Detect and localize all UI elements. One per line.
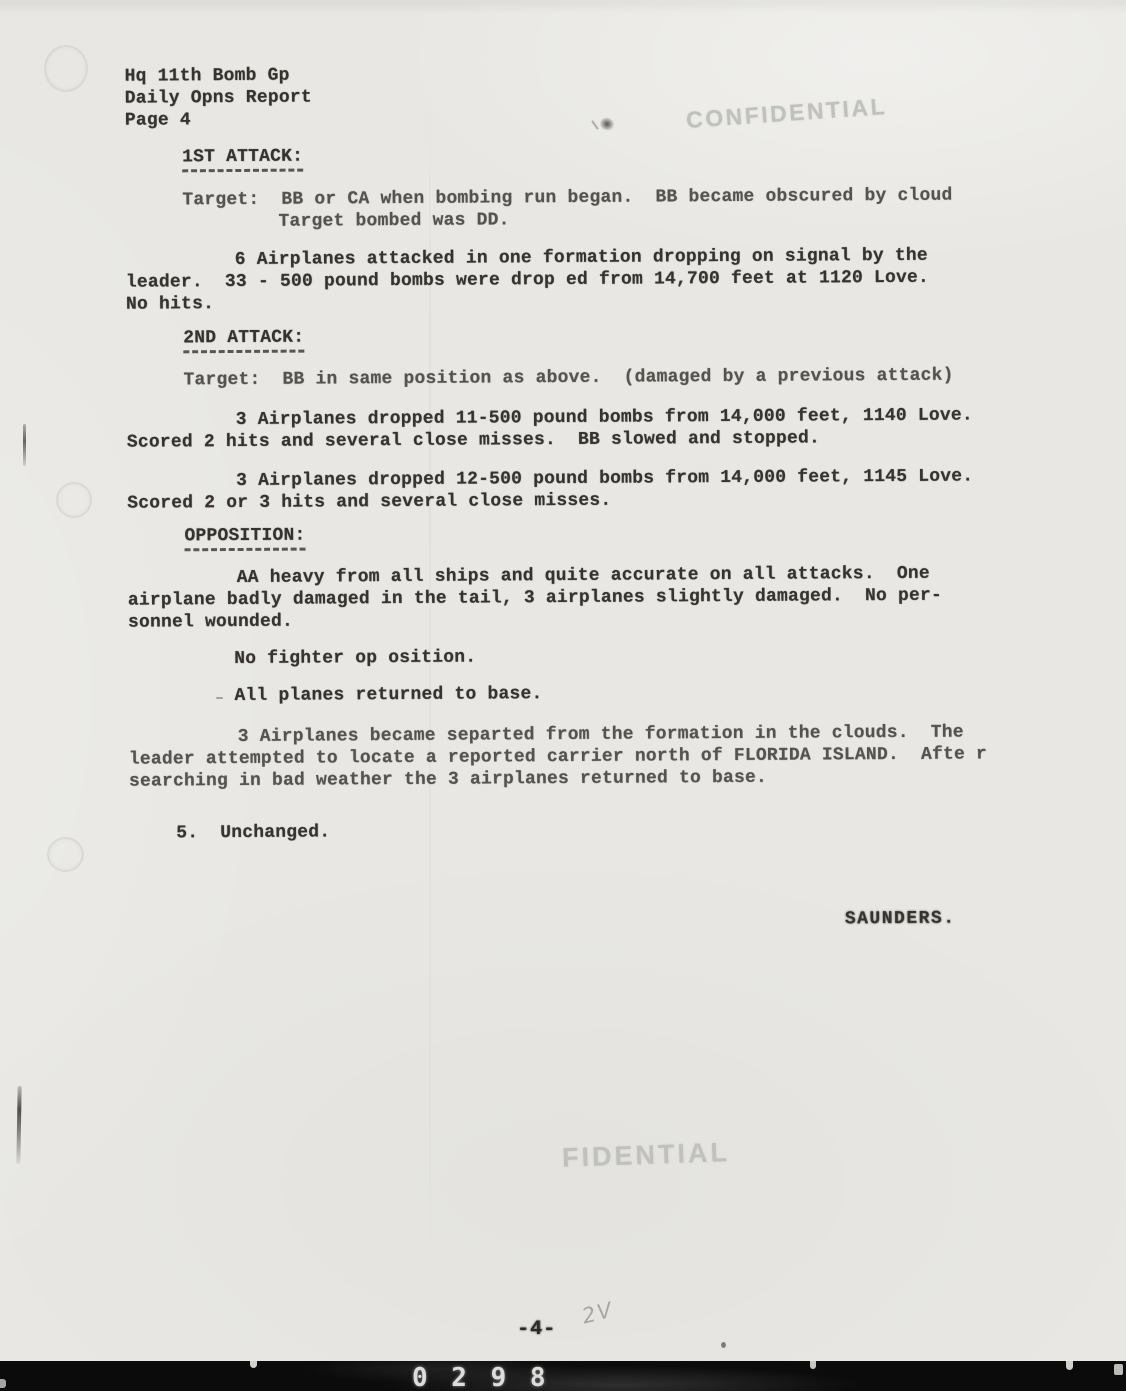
section-heading-opposition: OPPOSITION: [184, 526, 305, 552]
section-heading-2nd-attack: 2ND ATTACK: [183, 328, 304, 354]
attack2-target-line: Target: BB in same position as above. (d… [183, 366, 953, 391]
attack1-para-line1: 6 Airplanes attacked in one formation dr… [235, 246, 928, 270]
header-page: Page 4 [125, 110, 191, 130]
scanned-document-page: CONFIDENTIAL FIDENTIAL Hq 11th Bomb Gp D… [0, 0, 1126, 1391]
heading-text: 1ST ATTACK: [182, 147, 303, 173]
film-notch [250, 1361, 257, 1368]
opposition-para1-line3: sonnel wounded. [128, 612, 293, 633]
attack1-para-line2: leader. 33 - 500 pound bombs were drop e… [126, 268, 929, 293]
film-notch [810, 1361, 816, 1369]
typewritten-content: Hq 11th Bomb Gp Daily Opns Report Page 4… [0, 0, 1126, 1391]
opposition-para4-line2: leader attempted to locate a reported ca… [129, 744, 987, 769]
signature: SAUNDERS. [845, 909, 956, 930]
opposition-para3: All planes returned to base. [234, 684, 542, 706]
heading-text: 2ND ATTACK: [183, 328, 304, 354]
film-notch [1114, 1364, 1123, 1375]
attack1-target-line1: Target: BB or CA when bombing run began.… [182, 186, 952, 211]
opposition-para1-line1: AA heavy from all ships and quite accura… [237, 564, 930, 588]
page-number: -4- [517, 1318, 556, 1341]
edge-speck [721, 1342, 726, 1348]
film-notch [1066, 1361, 1073, 1370]
opposition-para4-line1: 3 Airplanes became separted from the for… [238, 723, 964, 747]
film-notch [0, 1379, 6, 1388]
item-5-unchanged: 5. Unchanged. [176, 822, 330, 843]
header-report: Daily Opns Report [125, 88, 312, 109]
header-unit: Hq 11th Bomb Gp [125, 66, 290, 87]
heading-text: OPPOSITION: [184, 526, 305, 552]
attack2-para1-line2: Scored 2 hits and several close misses. … [127, 428, 820, 452]
attack2-para1-line1: 3 Airplanes dropped 11-500 pound bombs f… [236, 405, 973, 430]
attack1-para-line3: No hits. [126, 294, 214, 315]
section-heading-1st-attack: 1ST ATTACK: [182, 147, 303, 173]
opposition-para1-line2: airplane badly damaged in the tail, 3 ai… [128, 586, 942, 611]
frame-number: 0 2 9 8 [412, 1363, 550, 1391]
opposition-para4-line3: searching in bad weather the 3 airplanes… [129, 768, 767, 792]
attack2-para2-line2: Scored 2 or 3 hits and several close mis… [127, 491, 611, 514]
opposition-para2: No fighter op osition. [234, 648, 476, 669]
attack2-para2-line1: 3 Airplanes dropped 12-500 pound bombs f… [236, 466, 973, 491]
attack1-target-line2: Target bombed was DD. [278, 210, 509, 231]
microfilm-bar: 0 2 9 8 [0, 1361, 1126, 1391]
